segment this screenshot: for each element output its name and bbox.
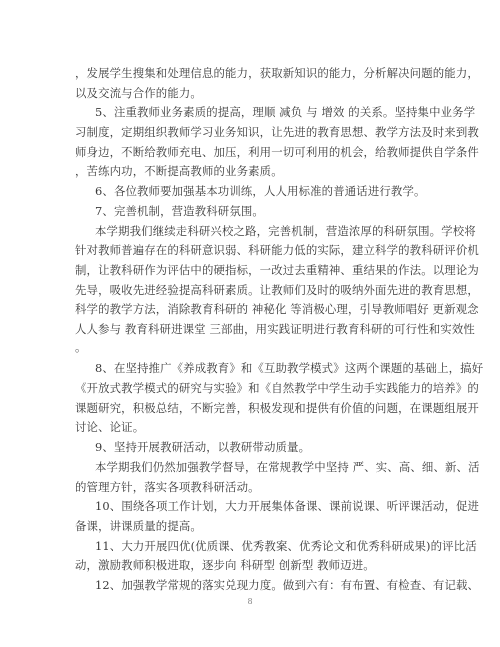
paragraph-line: 针对教师普遍存在的科研意识弱、科研能力低的实际，建立科学的教科研评价机: [75, 243, 479, 257]
paragraph-line: 12、加强教学常规的落实兑现力度。做到六有：有布置、有检查、有记载、: [95, 578, 479, 592]
paragraph-line: 动，激励教师积极进取，逐步向 科研型 创新型 教师迈进。: [75, 558, 375, 572]
paragraph-line: 以及交流与合作的能力。: [75, 86, 202, 100]
paragraph-line: 先导，吸收先进经验提高科研素质。让教师们及时的吸纳外面先进的教育思想，: [75, 283, 479, 297]
paragraph-line: 师身边，不断给教师充电、加压，利用一切可利用的机会，给教师提供自学条件: [75, 145, 479, 159]
paragraph-line: 人人参与 教育科研进课堂 三部曲，用实践证明进行教育科研的可行性和实效性: [75, 322, 475, 336]
paragraph-line: ，苦练内功，不断提高教师的业务素质。: [75, 164, 283, 178]
paragraph-line: 10、围绕各项工作计划，大力开展集体备课、课前说课、听评课活动，促进: [95, 499, 479, 513]
paragraph-line: 11、大力开展四优(优质课、优秀教案、优秀论文和优秀科研成果)的评比活: [95, 539, 477, 553]
paragraph-line: 的管理方针，落实各项教科研活动。: [75, 480, 260, 494]
document-page: ，发展学生搜集和处理信息的能力，获取新知识的能力，分析解决问题的能力，以及交流与…: [0, 0, 500, 647]
paragraph-line: 。: [75, 340, 87, 354]
paragraph-line: 7、完善机制，营造教科研氛围。: [95, 204, 264, 218]
paragraph-line: 制，让教科研作为评估中的硬指标，一改过去重精神、重结果的作法。以理论为: [75, 263, 479, 277]
paragraph-line: 备课，讲课质量的提高。: [75, 519, 202, 533]
paragraph-line: 本学期我们仍然加强教学督导，在常规教学中坚持 严、实、高、细、新、活: [95, 460, 480, 474]
paragraph-line: 8、在坚持推广《养成教育》和《互助教学模式》这两个课题的基础上，搞好: [95, 361, 483, 375]
page-number: 8: [0, 597, 500, 606]
paragraph-line: 9、坚持开展教研活动，以教研带动质量。: [95, 440, 310, 454]
paragraph-line: 6、各位教师要加强基本功训练，人人用标准的普通话进行教学。: [95, 184, 426, 198]
paragraph-line: 科学的教学方法，消除教育科研的 神秘化 等消极心理，引导教师唱好 更新观念: [75, 302, 479, 316]
paragraph-line: 本学期我们继续走科研兴校之路，完善机制，营造浓厚的科研氛围。学校将: [95, 224, 476, 238]
paragraph-line: 讨论、论证。: [75, 420, 144, 434]
paragraph-line: 5、注重教师业务素质的提高，理顺 减负 与 增效 的关系。坚持集中业务学: [95, 105, 475, 119]
paragraph-line: ，发展学生搜集和处理信息的能力，获取新知识的能力，分析解决问题的能力，: [75, 66, 479, 80]
paragraph-line: 习制度，定期组织教师学习业务知识，让先进的教育思想、教学方法及时来到教: [75, 125, 479, 139]
paragraph-line: 课题研究，积极总结，不断完善，积极发现和提供有价值的问题，在课题组展开: [75, 401, 479, 415]
paragraph-line: 《开放式教学模式的研究与实验》和《自然教学中学生动手实践能力的培养》的: [75, 381, 479, 395]
